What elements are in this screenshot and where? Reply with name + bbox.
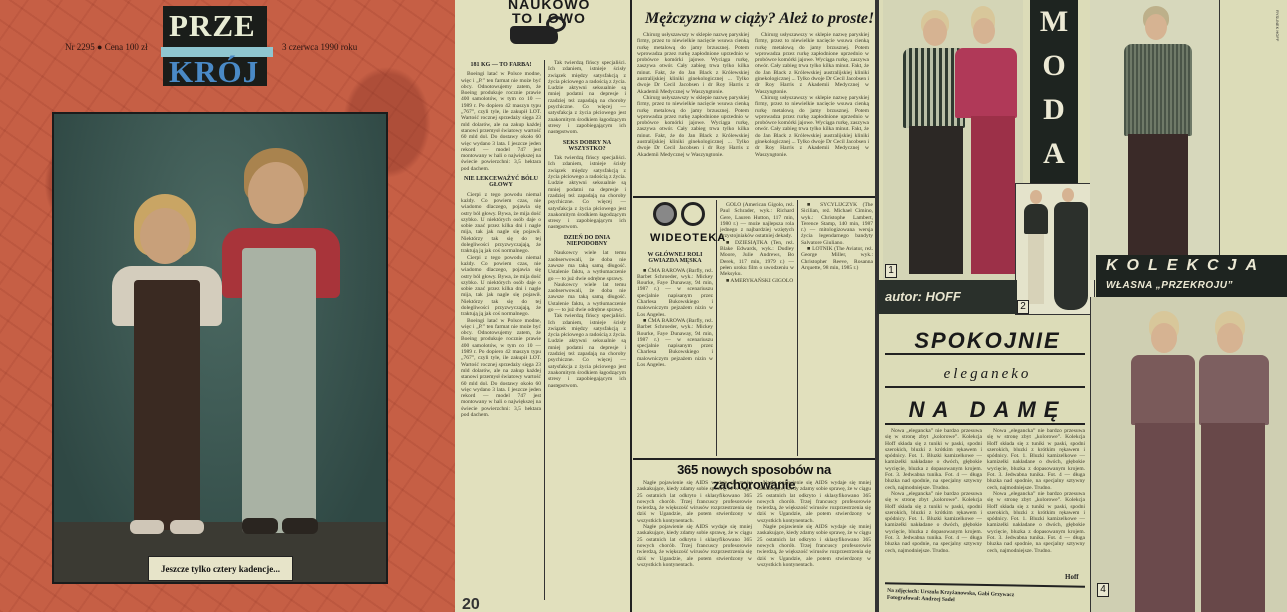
wide-trousers xyxy=(1201,423,1265,612)
striped-tunic xyxy=(1124,44,1192,136)
headline-spokojnie: SPOKOJNIE xyxy=(885,328,1090,354)
kolekcja-banner: KOLEKCJA WŁASNA „PRZEKROJU” xyxy=(1096,255,1287,297)
wide-trousers xyxy=(1128,134,1188,274)
article-headline: 181 KG — TO FARBA! xyxy=(461,62,541,68)
fashion-article-column-1: Nowa „elegancka” nie bardzo przesuwa się… xyxy=(885,428,982,568)
kolekcja-title: KOLEKCJA xyxy=(1106,257,1266,275)
fashion-photo-1: 1 xyxy=(883,0,1023,280)
issue-number: Nr 2295 xyxy=(65,42,95,52)
article-body: Tak twierdzą fińscy specjaliści. Ich zda… xyxy=(548,313,626,389)
article-body: Chirurg usłyszawszy w sklepie nazwę pary… xyxy=(637,32,749,95)
model-head xyxy=(1030,190,1042,204)
issue-date: 3 czerwca 1990 roku xyxy=(282,42,357,52)
article-body: Chirurg usłyszawszy w sklepie nazwę pary… xyxy=(755,32,869,95)
article-body: Cierpi z tego powodu niemal każdy. Co po… xyxy=(461,192,541,255)
logo-top-text: PRZE xyxy=(169,8,256,44)
film-reel-icon xyxy=(653,202,677,226)
fashion-photo-3: 3 xyxy=(1090,0,1220,280)
column-rule xyxy=(544,60,545,600)
film-entry: GOLO (American Gigolo, reż. Paul Schrade… xyxy=(720,202,794,240)
author-label: autor: HOFF xyxy=(885,289,961,304)
film-entry: ■ DZIESIĄTKA (Ten, reż. Blake Edwards, w… xyxy=(720,240,794,278)
legs xyxy=(1028,234,1044,304)
photo-number: 1 xyxy=(885,264,897,278)
column-rule xyxy=(797,200,798,456)
wide-trousers xyxy=(1135,423,1195,612)
model-head xyxy=(1217,323,1243,353)
article-body: Tak twierdzą fińscy specjaliści. Ich zda… xyxy=(548,60,626,136)
jumpsuit-top xyxy=(1131,355,1195,425)
model-head xyxy=(973,18,995,44)
article-body: Boeingi latać w Polsce modne, więc i „P.… xyxy=(461,71,541,172)
child-shoe xyxy=(242,518,278,534)
author-banner: autor: HOFF xyxy=(877,280,1017,314)
article-column: Nagłe pojawienie się AIDS wydaje się mni… xyxy=(757,480,871,605)
headline-rule xyxy=(885,386,1085,388)
headline-rule xyxy=(885,423,1085,425)
headline-na-dame: NA DAMĘ xyxy=(885,397,1090,423)
film-entry: ■ AMERYKAŃSKI GIGOLO xyxy=(720,278,794,284)
logo-bottom-text: KRÓJ xyxy=(169,54,259,90)
film-entry: ■ ĆMA BAROWA (Barfly, reż. Barbet Schroe… xyxy=(637,268,713,318)
article-body: Nowa „elegancka” nie bardzo przesuwa się… xyxy=(987,491,1085,554)
przekroj-logo: PRZE KRÓJ xyxy=(163,6,267,86)
cover-caption: Jeszcze tylko cztery kadencje... xyxy=(148,556,293,581)
dark-top xyxy=(1024,204,1048,234)
model-head xyxy=(1151,323,1177,353)
kolekcja-subtitle: WŁASNA „PRZEKROJU” xyxy=(1106,280,1233,291)
headline-rule xyxy=(885,353,1085,355)
issue-price: Cena 100 zł xyxy=(105,42,148,52)
article-body: Nagłe pojawienie się AIDS wydaje się mni… xyxy=(757,524,871,568)
article-body: Nagłe pojawienie się AIDS wydaje się mni… xyxy=(637,480,752,524)
moda-letter: O xyxy=(1030,44,1078,88)
child-left xyxy=(112,194,222,534)
article-headline: SEKS DOBRY NA WSZYSTKO? xyxy=(548,140,626,153)
article-body: Nagłe pojawienie się AIDS wydaje się mni… xyxy=(637,524,752,568)
model-head xyxy=(1062,188,1074,202)
fashion-photo-4: 4 xyxy=(1090,297,1287,612)
wideoteka-column-2: GOLO (American Gigolo, reż. Paul Schrade… xyxy=(720,202,794,458)
film-reel-icon xyxy=(681,202,705,226)
article-body: Chirurg usłyszawszy w sklepie nazwę pary… xyxy=(637,95,749,158)
article-title-script: Mężczyzna w ciąży? Ależ to proste! xyxy=(645,10,874,28)
vertical-side-note: RYSUNEK HOFF xyxy=(1275,10,1280,41)
article-column: Chirurg usłyszawszy w sklepie nazwę pary… xyxy=(637,32,749,192)
film-entry: ■ ĆMA BAROWA (Barfly, reż. Barbet Schroe… xyxy=(637,318,713,368)
wideoteka-label: WIDEOTEKA xyxy=(650,232,726,244)
section-rule xyxy=(630,0,632,612)
child-right xyxy=(222,148,340,538)
child-shoe xyxy=(170,520,204,534)
child-shoe xyxy=(130,520,164,534)
page-20: NAUKOWO TO I OWO 181 KG — TO FARBA! Boei… xyxy=(455,0,875,612)
child-overalls xyxy=(134,280,200,530)
credits-rule xyxy=(885,582,1085,587)
issue-info: Nr 2295 ● Cena 100 zł xyxy=(65,42,148,52)
model-head xyxy=(1145,14,1167,40)
page-number: 20 xyxy=(462,596,480,612)
article-body: Nowa „elegancka” nie bardzo przesuwa się… xyxy=(885,428,982,491)
child-head xyxy=(248,162,304,224)
jumpsuit-top xyxy=(1199,355,1269,425)
headline-eleganeko: eleganeko xyxy=(885,366,1090,383)
film-entry: ■ LOTNIK (The Aviator, reż. George Mille… xyxy=(801,246,873,271)
article-body: Naukowcy wiele lat temu zaobserwowali, ż… xyxy=(548,250,626,281)
article-body: Nowa „elegancka” nie bardzo przesuwa się… xyxy=(885,491,982,554)
article-body: Chirurg usłyszawszy w sklepie nazwę pary… xyxy=(755,95,869,158)
fashion-article-column-2: Nowa „elegancka” nie bardzo przesuwa się… xyxy=(987,428,1085,568)
article-body: Nagłe pojawienie się AIDS wydaje się mni… xyxy=(757,480,871,524)
article-body: Cierpi z tego powodu niemal każdy. Co po… xyxy=(461,255,541,318)
moda-letter: D xyxy=(1030,88,1078,132)
ring-icon xyxy=(546,16,566,32)
wideoteka-subhead: W GŁÓWNEJ ROLI GWIAZDA MĘSKA xyxy=(637,252,713,265)
section-rule xyxy=(633,458,875,460)
moda-letter: A xyxy=(1030,132,1078,176)
article-body: Tak twierdzą fińscy specjaliści. Ich zda… xyxy=(548,155,626,231)
photo-number: 2 xyxy=(1017,300,1029,314)
article-body: Nowa „elegancka” nie bardzo przesuwa się… xyxy=(987,428,1085,491)
pink-top xyxy=(955,48,1017,118)
magazine-cover: PRZE KRÓJ Nr 2295 ● Cena 100 zł 3 czerwc… xyxy=(0,0,455,612)
article-body: Boeingi latać w Polsce modne, więc i „P.… xyxy=(461,318,541,419)
pink-skirt xyxy=(971,116,1015,274)
section-rule xyxy=(633,196,875,198)
wideoteka-column-1: W GŁÓWNEJ ROLI GWIAZDA MĘSKA ■ ĆMA BAROW… xyxy=(637,248,713,458)
article-body: Naukowcy wiele lat temu zaobserwowali, ż… xyxy=(548,282,626,313)
moda-title-block: M O D A xyxy=(1030,0,1078,185)
article-column-2: Tak twierdzą fińscy specjaliści. Ich zda… xyxy=(548,60,626,590)
photo-credits: Na zdjęciach: Urszula Krzyżanowska, Gabi… xyxy=(887,588,1015,606)
child-shoe xyxy=(282,518,318,534)
article-column: Chirurg usłyszawszy w sklepie nazwę pary… xyxy=(755,32,869,192)
naukowo-logo: NAUKOWO TO I OWO xyxy=(500,0,590,55)
article-column-1: 181 KG — TO FARBA! Boeingi latać w Polsc… xyxy=(461,58,541,588)
cover-photo xyxy=(52,112,388,584)
column-rule xyxy=(716,200,717,456)
bullet: ● xyxy=(97,42,102,52)
photo-number: 4 xyxy=(1097,583,1109,597)
film-entry: ■ SYCYLIJCZYK (The Sicilian, reż. Michae… xyxy=(801,202,873,246)
fashion-photo-2: 2 xyxy=(1015,183,1095,315)
model-head xyxy=(923,18,947,46)
wide-trousers xyxy=(1054,202,1088,310)
article-headline: NIE LEKCEWAŻYĆ BÓLU GŁOWY xyxy=(461,176,541,189)
article-column: Nagłe pojawienie się AIDS wydaje się mni… xyxy=(637,480,752,605)
page-21-fashion: 1 M O D A 2 3 RYSUNEK HOFF autor: HOFF K… xyxy=(875,0,1287,612)
child-head xyxy=(140,208,190,264)
dark-skirt xyxy=(909,126,963,274)
wideoteka-column-3: ■ SYCYLIJCZYK (The Sicilian, reż. Michae… xyxy=(801,202,873,458)
article-headline: DZIEŃ DO DNIA NIEPODOBNY xyxy=(548,235,626,248)
child-denim-overalls xyxy=(242,248,316,533)
moda-letter: M xyxy=(1030,0,1078,44)
signature: Hoff xyxy=(1065,573,1079,581)
